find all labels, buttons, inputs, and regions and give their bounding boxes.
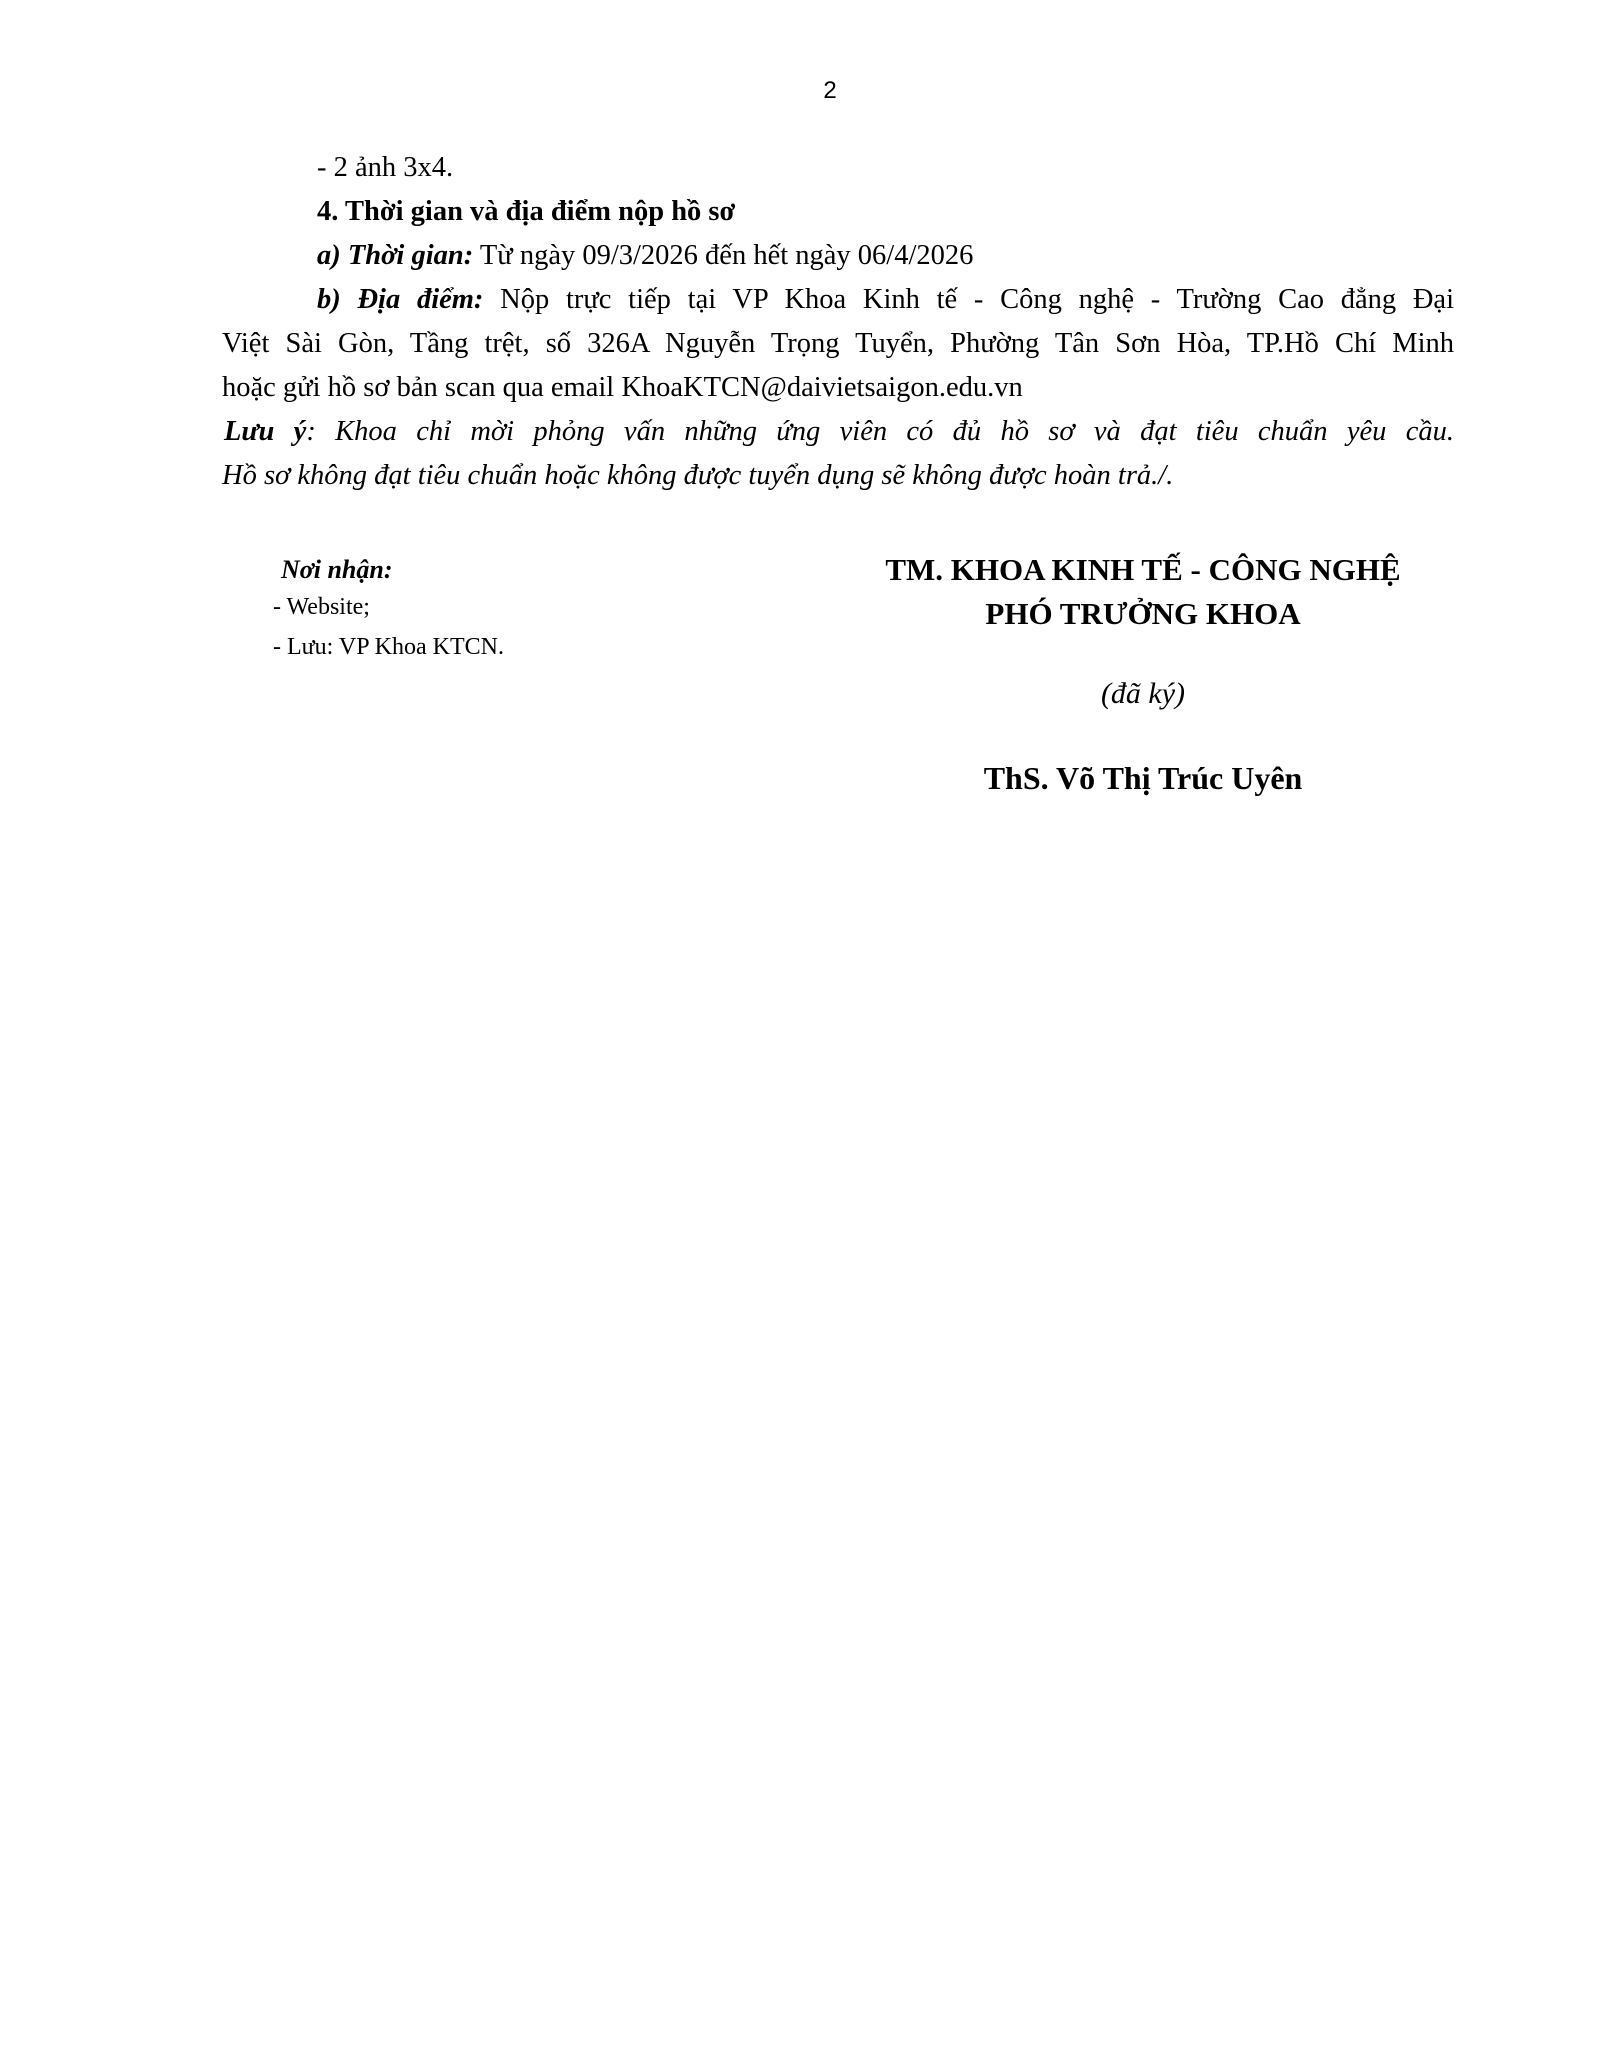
signed-note: (đã ký) [830,674,1456,714]
note-line-2: Hồ sơ không đạt tiêu chuẩn hoặc không đư… [222,454,1454,498]
submission-location: b) Địa điểm: Nộp trực tiếp tại VP Khoa K… [222,278,1454,322]
submission-location-email-line: hoặc gửi hồ sơ bản scan qua email KhoaKT… [222,366,1454,410]
recipients-block: Nơi nhận: - Website; - Lưu: VP Khoa KTCN… [273,553,504,667]
signature-organization: TM. KHOA KINH TẾ - CÔNG NGHỆ [830,548,1456,592]
section-heading: 4. Thời gian và địa điểm nộp hồ sơ [222,190,1454,234]
email-prefix: hoặc gửi hồ sơ bản scan qua email [222,372,621,403]
submission-time-label: a) Thời gian: [317,240,473,271]
submission-time-value: Từ ngày 09/3/2026 đến hết ngày 06/4/2026 [473,240,973,271]
signer-name: ThS. Võ Thị Trúc Uyên [830,756,1456,800]
document-body: - 2 ảnh 3x4. 4. Thời gian và địa điểm nộ… [222,146,1454,498]
note-line-1: Lưu ý: Khoa chỉ mời phỏng vấn những ứng … [222,410,1454,454]
signature-block: TM. KHOA KINH TẾ - CÔNG NGHỆ PHÓ TRƯỞNG … [830,548,1456,800]
submission-time: a) Thời gian: Từ ngày 09/3/2026 đến hết … [222,234,1454,278]
submission-location-address: Việt Sài Gòn, Tầng trệt, số 326A Nguyễn … [222,322,1454,366]
note-text: : Khoa chỉ mời phỏng vấn những ứng viên … [306,416,1454,447]
note-label: Lưu ý [224,416,306,447]
submission-location-value: Nộp trực tiếp tại VP Khoa Kinh tế - Công… [483,284,1454,315]
required-documents-item: - 2 ảnh 3x4. [222,146,1454,190]
contact-email[interactable]: KhoaKTCN@daivietsaigon.edu.vn [621,372,1022,403]
signature-role: PHÓ TRƯỞNG KHOA [830,592,1456,636]
recipient-item: - Website; [273,587,504,627]
page-number: 2 [0,76,1600,106]
recipient-item: - Lưu: VP Khoa KTCN. [273,627,504,667]
recipients-title: Nơi nhận: [273,553,504,587]
submission-location-label: b) Địa điểm: [317,284,483,315]
